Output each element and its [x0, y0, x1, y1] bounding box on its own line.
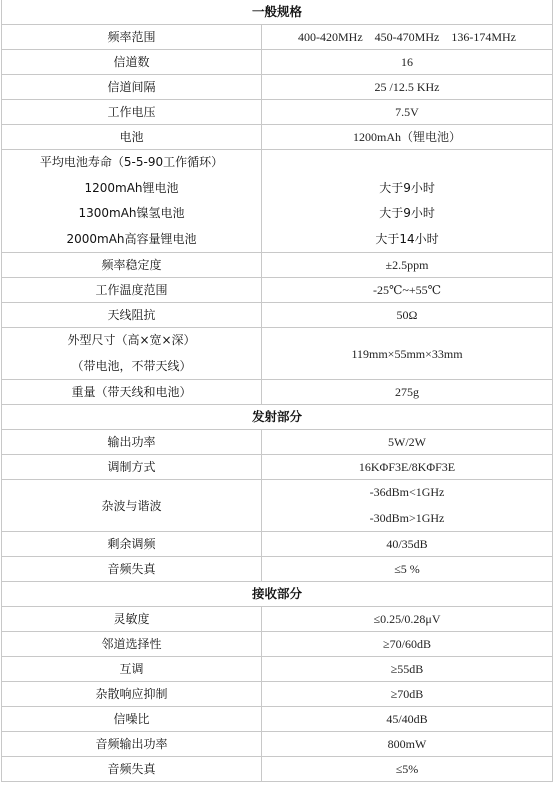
spec-label: 天线阻抗 [2, 303, 262, 328]
spurious-value-line: -36dBm<1GHz [262, 480, 552, 506]
section-header-receive: 接收部分 [2, 582, 553, 607]
spurious-value-line: -30dBm>1GHz [262, 506, 552, 532]
table-row: 工作温度范围 -25℃~+55℃ [2, 278, 553, 303]
spec-value: 40/35dB [262, 532, 553, 557]
spec-value: 1200mAh（锂电池） [262, 125, 553, 150]
table-row: 电池 1200mAh（锂电池） [2, 125, 553, 150]
spec-value: 7.5V [262, 100, 553, 125]
spec-label: 重量（带天线和电池） [2, 380, 262, 405]
section-header-transmit: 发射部分 [2, 405, 553, 430]
table-row: 调制方式 16KΦF3E/8KΦF3E [2, 455, 553, 480]
spec-value: ≥70/60dB [262, 632, 553, 657]
frequency-band: 450-470MHz [375, 30, 440, 44]
section-title: 发射部分 [2, 405, 553, 430]
table-row: 天线阻抗 50Ω [2, 303, 553, 328]
table-row: 音频失真 ≤5% [2, 757, 553, 782]
spec-value: 16KΦF3E/8KΦF3E [262, 455, 553, 480]
spec-label: 邻道选择性 [2, 632, 262, 657]
spec-value: 275g [262, 380, 553, 405]
frequency-band: 136-174MHz [451, 30, 516, 44]
spec-label: 电池 [2, 125, 262, 150]
section-title: 接收部分 [2, 582, 553, 607]
battery-life-values: 大于9小时 大于9小时 大于14小时 [262, 150, 553, 253]
spec-label: 信道间隔 [2, 75, 262, 100]
table-row: 重量（带天线和电池） 275g [2, 380, 553, 405]
spec-value: 50Ω [262, 303, 553, 328]
table-row: 工作电压 7.5V [2, 100, 553, 125]
spec-label: 频率稳定度 [2, 253, 262, 278]
table-row: 信道数 16 [2, 50, 553, 75]
table-row-dimensions: 外型尺寸（高×宽×深） （带电池，不带天线） 119mm×55mm×33mm [2, 328, 553, 380]
table-row: 音频输出功率 800mW [2, 732, 553, 757]
spec-value: ≤5 % [262, 557, 553, 582]
dimensions-label: 外型尺寸（高×宽×深） （带电池，不带天线） [2, 328, 262, 380]
table-row-battery-life: 平均电池寿命（5-5-90工作循环） 1200mAh锂电池 1300mAh镍氢电… [2, 150, 553, 253]
battery-life-value: 大于14小时 [262, 227, 552, 253]
table-row: 输出功率 5W/2W [2, 430, 553, 455]
spec-value-frequency: 400-420MHz450-470MHz136-174MHz [262, 25, 553, 50]
spec-label: 音频输出功率 [2, 732, 262, 757]
spec-label: 输出功率 [2, 430, 262, 455]
battery-life-labels: 平均电池寿命（5-5-90工作循环） 1200mAh锂电池 1300mAh镍氢电… [2, 150, 262, 253]
table-row: 频率范围 400-420MHz450-470MHz136-174MHz [2, 25, 553, 50]
dimensions-label-line: （带电池，不带天线） [2, 354, 261, 380]
spec-label: 调制方式 [2, 455, 262, 480]
spec-value: 25 /12.5 KHz [262, 75, 553, 100]
table-row: 信噪比 45/40dB [2, 707, 553, 732]
spec-value: 45/40dB [262, 707, 553, 732]
table-row: 邻道选择性 ≥70/60dB [2, 632, 553, 657]
spec-label: 信道数 [2, 50, 262, 75]
spec-label: 互调 [2, 657, 262, 682]
spec-label: 灵敏度 [2, 607, 262, 632]
frequency-band: 400-420MHz [298, 30, 363, 44]
table-row: 杂散响应抑制 ≥70dB [2, 682, 553, 707]
spec-label: 剩余调频 [2, 532, 262, 557]
spec-value: ≥55dB [262, 657, 553, 682]
table-row: 信道间隔 25 /12.5 KHz [2, 75, 553, 100]
battery-life-value: 大于9小时 [262, 176, 552, 202]
spec-value: ≤5% [262, 757, 553, 782]
table-row-spurious: 杂波与谐波 -36dBm<1GHz -30dBm>1GHz [2, 480, 553, 532]
table-row: 互调 ≥55dB [2, 657, 553, 682]
spacer [262, 150, 552, 176]
spurious-values: -36dBm<1GHz -30dBm>1GHz [262, 480, 553, 532]
spec-value: ±2.5ppm [262, 253, 553, 278]
battery-life-value: 大于9小时 [262, 201, 552, 227]
spec-table: 一般规格 频率范围 400-420MHz450-470MHz136-174MHz… [1, 0, 553, 782]
battery-type: 1300mAh镍氢电池 [2, 201, 261, 227]
spec-label: 音频失真 [2, 557, 262, 582]
battery-type: 1200mAh锂电池 [2, 176, 261, 202]
spec-label: 音频失真 [2, 757, 262, 782]
spec-value: ≤0.25/0.28μV [262, 607, 553, 632]
spec-value: 16 [262, 50, 553, 75]
spec-label: 信噪比 [2, 707, 262, 732]
section-title: 一般规格 [2, 0, 553, 25]
spec-label: 杂散响应抑制 [2, 682, 262, 707]
spec-value: ≥70dB [262, 682, 553, 707]
spec-label: 工作温度范围 [2, 278, 262, 303]
spec-label: 杂波与谐波 [2, 480, 262, 532]
battery-type: 2000mAh高容量锂电池 [2, 227, 261, 253]
spec-value: 800mW [262, 732, 553, 757]
spec-value: -25℃~+55℃ [262, 278, 553, 303]
table-row: 剩余调频 40/35dB [2, 532, 553, 557]
spec-label: 工作电压 [2, 100, 262, 125]
dimensions-label-line: 外型尺寸（高×宽×深） [2, 328, 261, 354]
table-row: 音频失真 ≤5 % [2, 557, 553, 582]
spec-value: 5W/2W [262, 430, 553, 455]
table-row: 频率稳定度 ±2.5ppm [2, 253, 553, 278]
dimensions-value: 119mm×55mm×33mm [262, 328, 553, 380]
spec-label: 频率范围 [2, 25, 262, 50]
battery-life-heading: 平均电池寿命（5-5-90工作循环） [2, 150, 261, 176]
section-header-general: 一般规格 [2, 0, 553, 25]
table-row: 灵敏度 ≤0.25/0.28μV [2, 607, 553, 632]
